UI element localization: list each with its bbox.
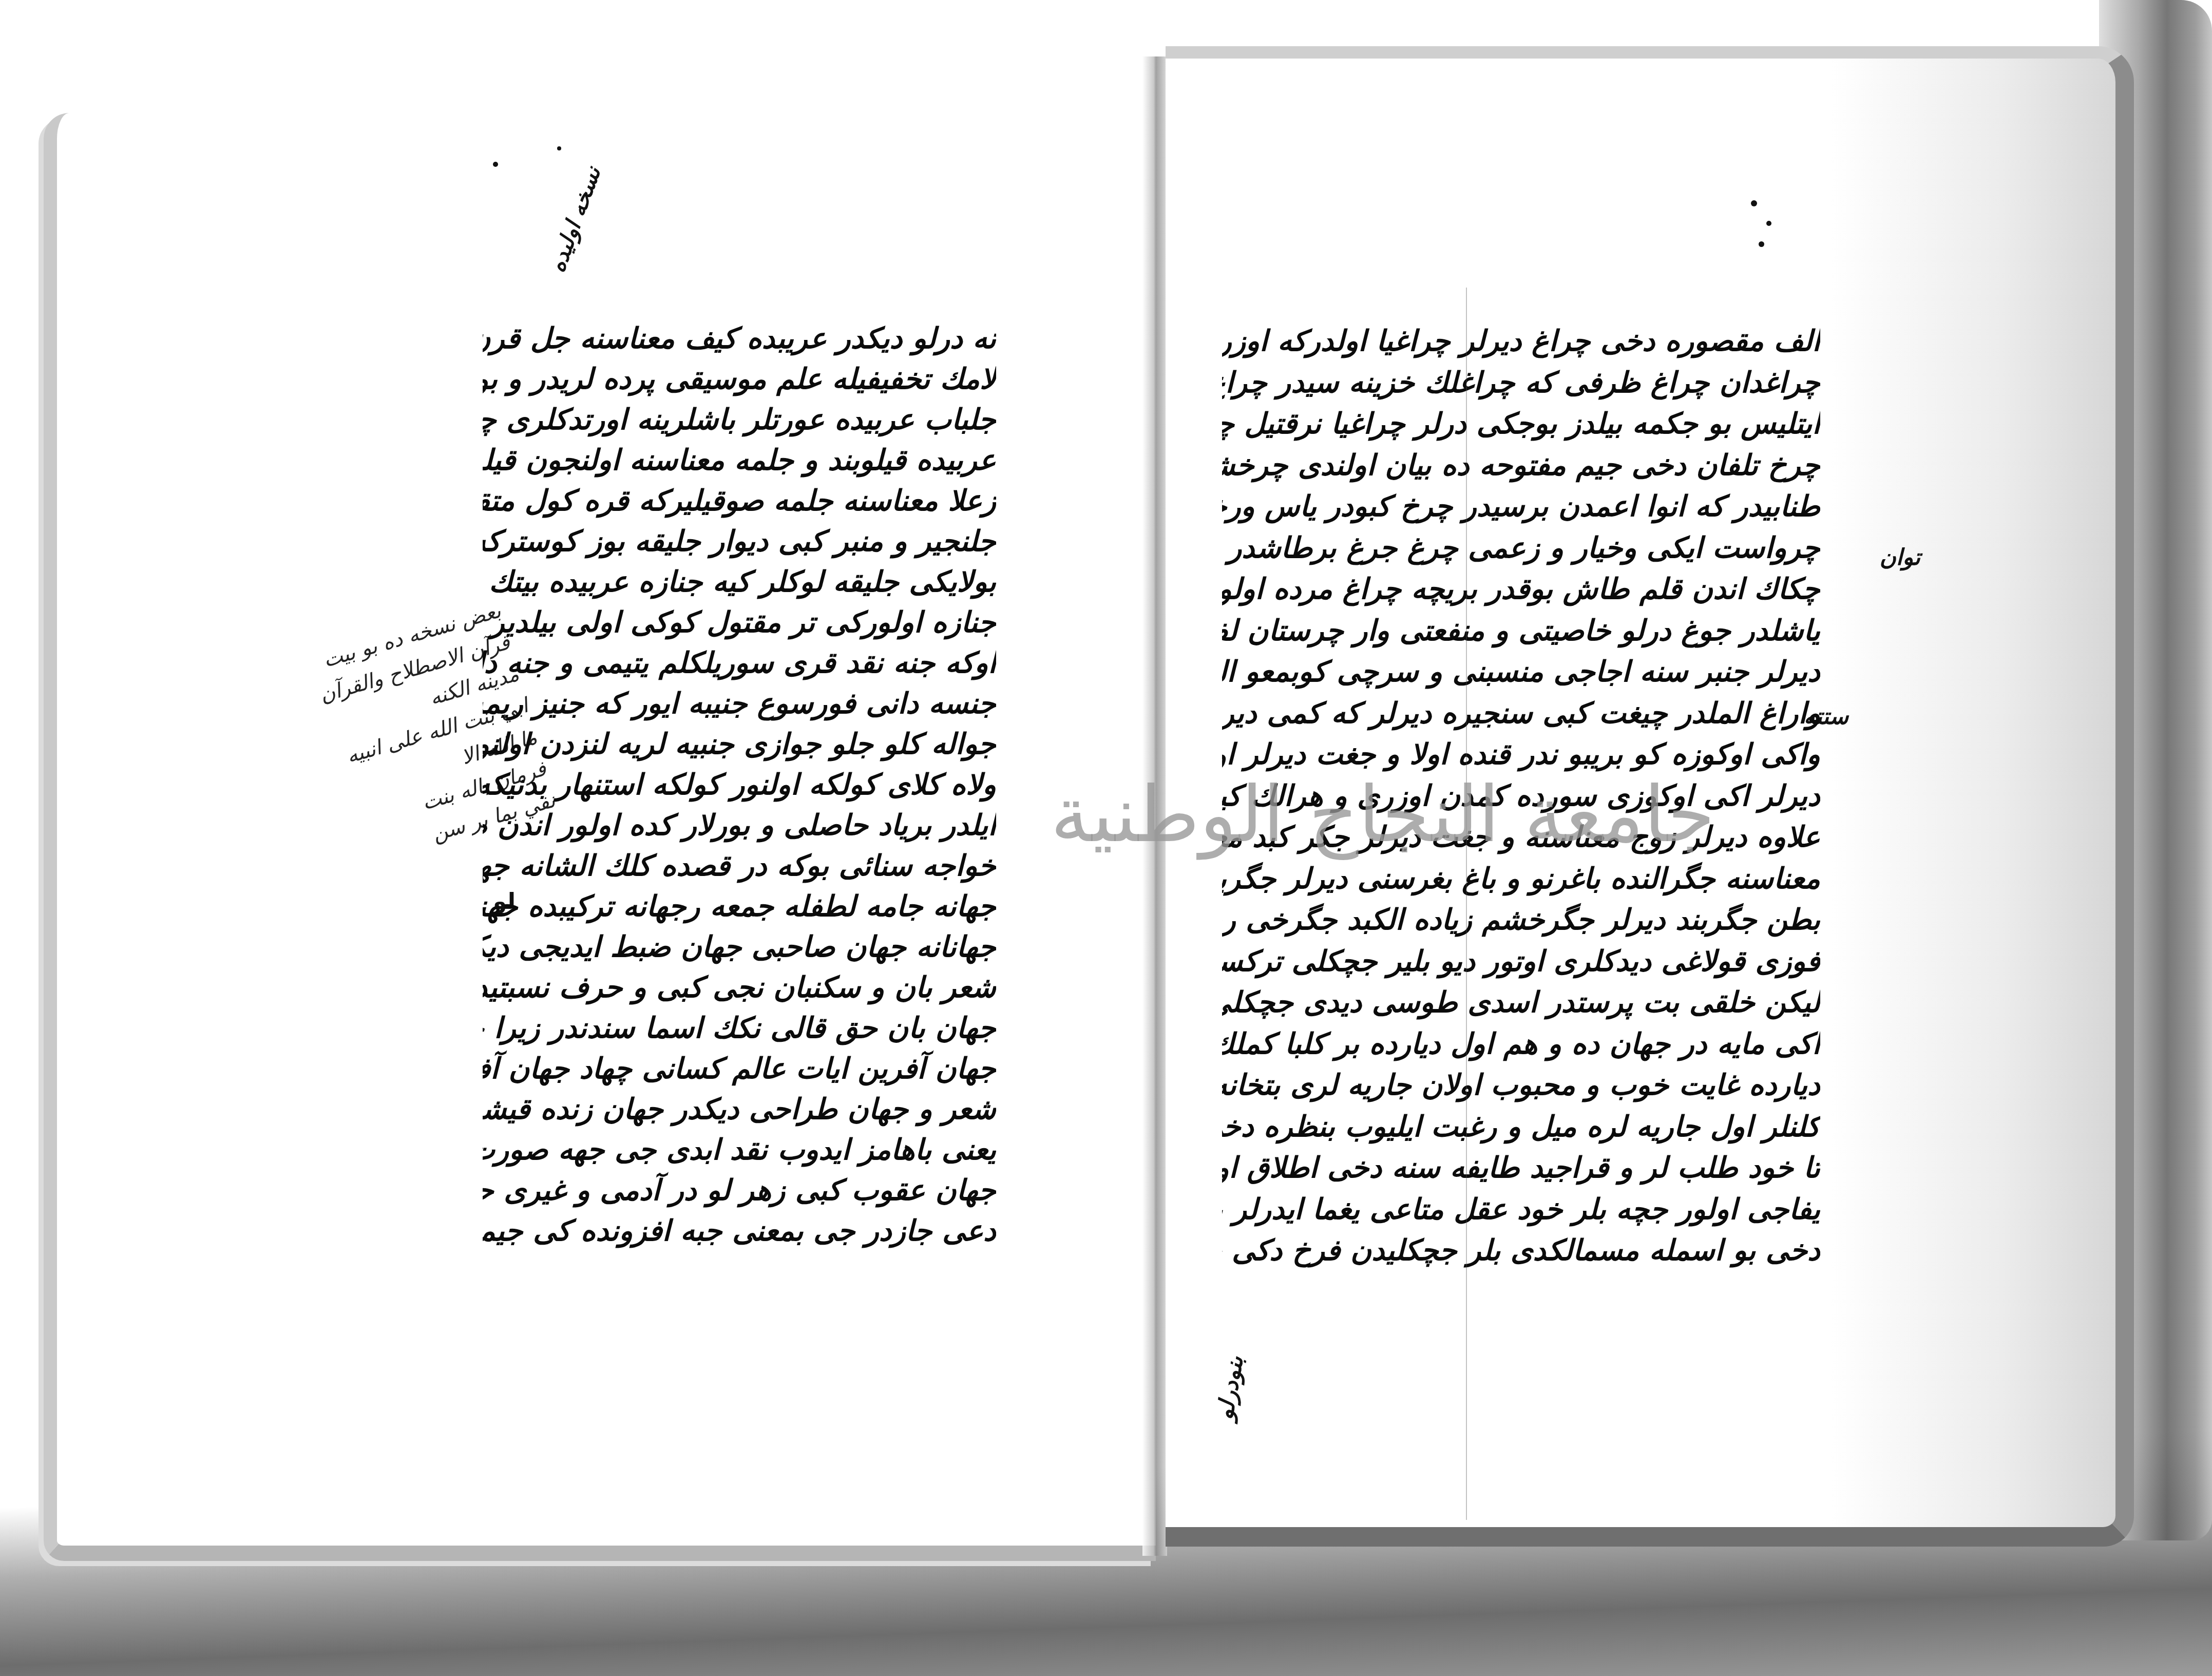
text-line: كلنلر اول جاریه لره میل و رغبت ایلیوب بن… [1222,1107,1820,1148]
left-page-text-block: نه درلو دیكدر عریبده كیف معناسنه جل قرن … [483,318,996,1251]
text-line: لیكن خلقی بت پرستدر اسدی طوسی دیدی جچكلی… [1222,982,1820,1024]
text-line: الف مقصوره دخی چراغ دیرلر چراغیا اولدركه… [1222,321,1820,363]
ink-speck [1759,241,1764,247]
text-line: واراغ الملدر چیغت كبی سنجیره دیرلر كه كم… [1222,693,1820,735]
text-line: یعنی باهامز ایدوب نقد ابدی جی جهه صورت ج… [483,1130,996,1170]
text-line: جهانه جامه لطفله جمعه رجهانه تركیبده جهن… [483,886,996,927]
text-line: بولایكی جلیقه لوكلر كیه جنازه عربیده بیت… [483,562,996,602]
text-line: شعر بان و سكنبان نجی كبی و حرف نسبتیدر ن… [483,967,996,1008]
book-gutter [1142,56,1167,1556]
text-line: جهان بان حق قالی نكك اسما سندندر زیرا حق… [483,1008,996,1049]
page-crease-line [1466,288,1467,1520]
right-page-text-block: الف مقصوره دخی چراغ دیرلر چراغیا اولدركه… [1222,321,1820,1272]
text-line: نه درلو دیكدر عریبده كیف معناسنه جل قرن … [483,318,996,359]
text-line: جواله كلو جلو جوازی جنبیه لریه لنزدن اول… [483,724,996,765]
text-line: زعلا معناسنه جلمه صوقیلیركه قره كول متقا… [483,481,996,521]
text-line: شعر و جهان طراحی دیكدر جهان زنده قیشی ای… [483,1089,996,1130]
text-line: چكاك اندن قلم طاش بوقدر بریچه چراغ مرده … [1222,569,1820,611]
text-line: ولاه كلای كولكه اولنور كولكه استنهار بدن… [483,765,996,805]
text-line: دیرلر اكی اوكوزی سورده كمدن اوزری و هرال… [1222,776,1820,817]
ink-speck [557,146,561,150]
text-line: چراغدان چراغ ظرفی كه چراغلك خزینه سیدر چ… [1222,363,1820,404]
text-line: علاوه دیرلر زوج معناسنه و جغت دیرلر جكر … [1222,817,1820,859]
text-line: عربیده قیلوبند و جلمه معناسنه اولنجون قی… [483,440,996,481]
text-line: دیرلر جنبر سنه اجاجی منسبنی و سرچی كوبمع… [1222,652,1820,693]
text-line: چرواست ایكی وخیار و زعمی چرغ جرغ برطاشدر… [1222,528,1820,569]
text-line: جهان آفرین ایات عالم كسانی چهاد جهان آفر… [483,1049,996,1089]
text-line: واكی اوكوزه كو بریبو ندر قنده اولا و جغت… [1222,734,1820,776]
text-line: ایتلیس بو جكمه بیلدز بوجكی درلر چراغیا ن… [1222,404,1820,445]
text-line: چرخ تلفان دخی جیم مفتوحه ده بیان اولندی … [1222,445,1820,487]
text-line: اوكه جنه نقد قری سوریلكلم یتیمی و جنه دا… [483,643,996,683]
text-line: لامك تخفیفیله علم موسیقی پرده لریدر و بو… [483,359,996,399]
text-line: یاشلدر جوغ درلو خاصیتی و منفعتی وار چرست… [1222,611,1820,652]
text-line: فوزی قولاغی دیدكلری اوتور دیو بلیر جچكلی… [1222,941,1820,983]
text-line: جهانانه جهان صاحبی جهان ضبط ایدیجی دیكدر… [483,927,996,967]
ink-speck [493,162,498,167]
text-line: ایلدر بریاد حاصلی و بورلار كده اولور اند… [483,805,996,846]
text-line: جلنجیر و منبر كبی دیوار جلیقه بوز كوسترك… [483,521,996,562]
ink-speck [1751,200,1757,206]
text-line: دعی جازدر جی بمعنی جبه افزونده كی جیمك ك… [483,1211,996,1251]
right-page-margin-word-top: توان [1818,544,1920,570]
text-line: تا خود طلب لر و قراجید طایفه سنه دخی اطل… [1222,1148,1820,1189]
ink-speck [1766,221,1771,226]
text-line: جنازه اولوركی تر مقتول كوكی اولی بیلدیر … [483,602,996,643]
text-line: معناسنه جگرالنده باغرنو و باغ بغرسنی دیر… [1222,859,1820,900]
text-line: بطن جگربند دیرلر جگرخشم زیاده الكبد جگرخ… [1222,900,1820,941]
text-line: خواجه سنائی بوكه در قصده كلك الشانه جهود… [483,846,996,886]
text-line: دخی بو اسمله مسمالكدی بلر جچكلیدن فرخ دك… [1222,1230,1820,1272]
text-line: جهان عقوب كبی زهر لو در آدمی و غیری حیوا… [483,1170,996,1211]
text-line: طنابیدر كه انوا اعمدن برسیدر چرخ كبودر ی… [1222,486,1820,528]
text-line: اكی مایه در جهان ده و هم اول دیارده بر ك… [1222,1024,1820,1065]
text-line: جنسه دانی فورسوع جنیبه ایور كه جنیز ریمه… [483,683,996,724]
text-line: جلباب عربیده عورتلر باشلرینه اورتدكلری چ… [483,399,996,440]
text-line: یفاجی اولور جچه بلر خود عقل متاعی یغما ا… [1222,1189,1820,1231]
text-line: دیارده غایت خوب و محبوب اولان جاریه لری … [1222,1065,1820,1107]
